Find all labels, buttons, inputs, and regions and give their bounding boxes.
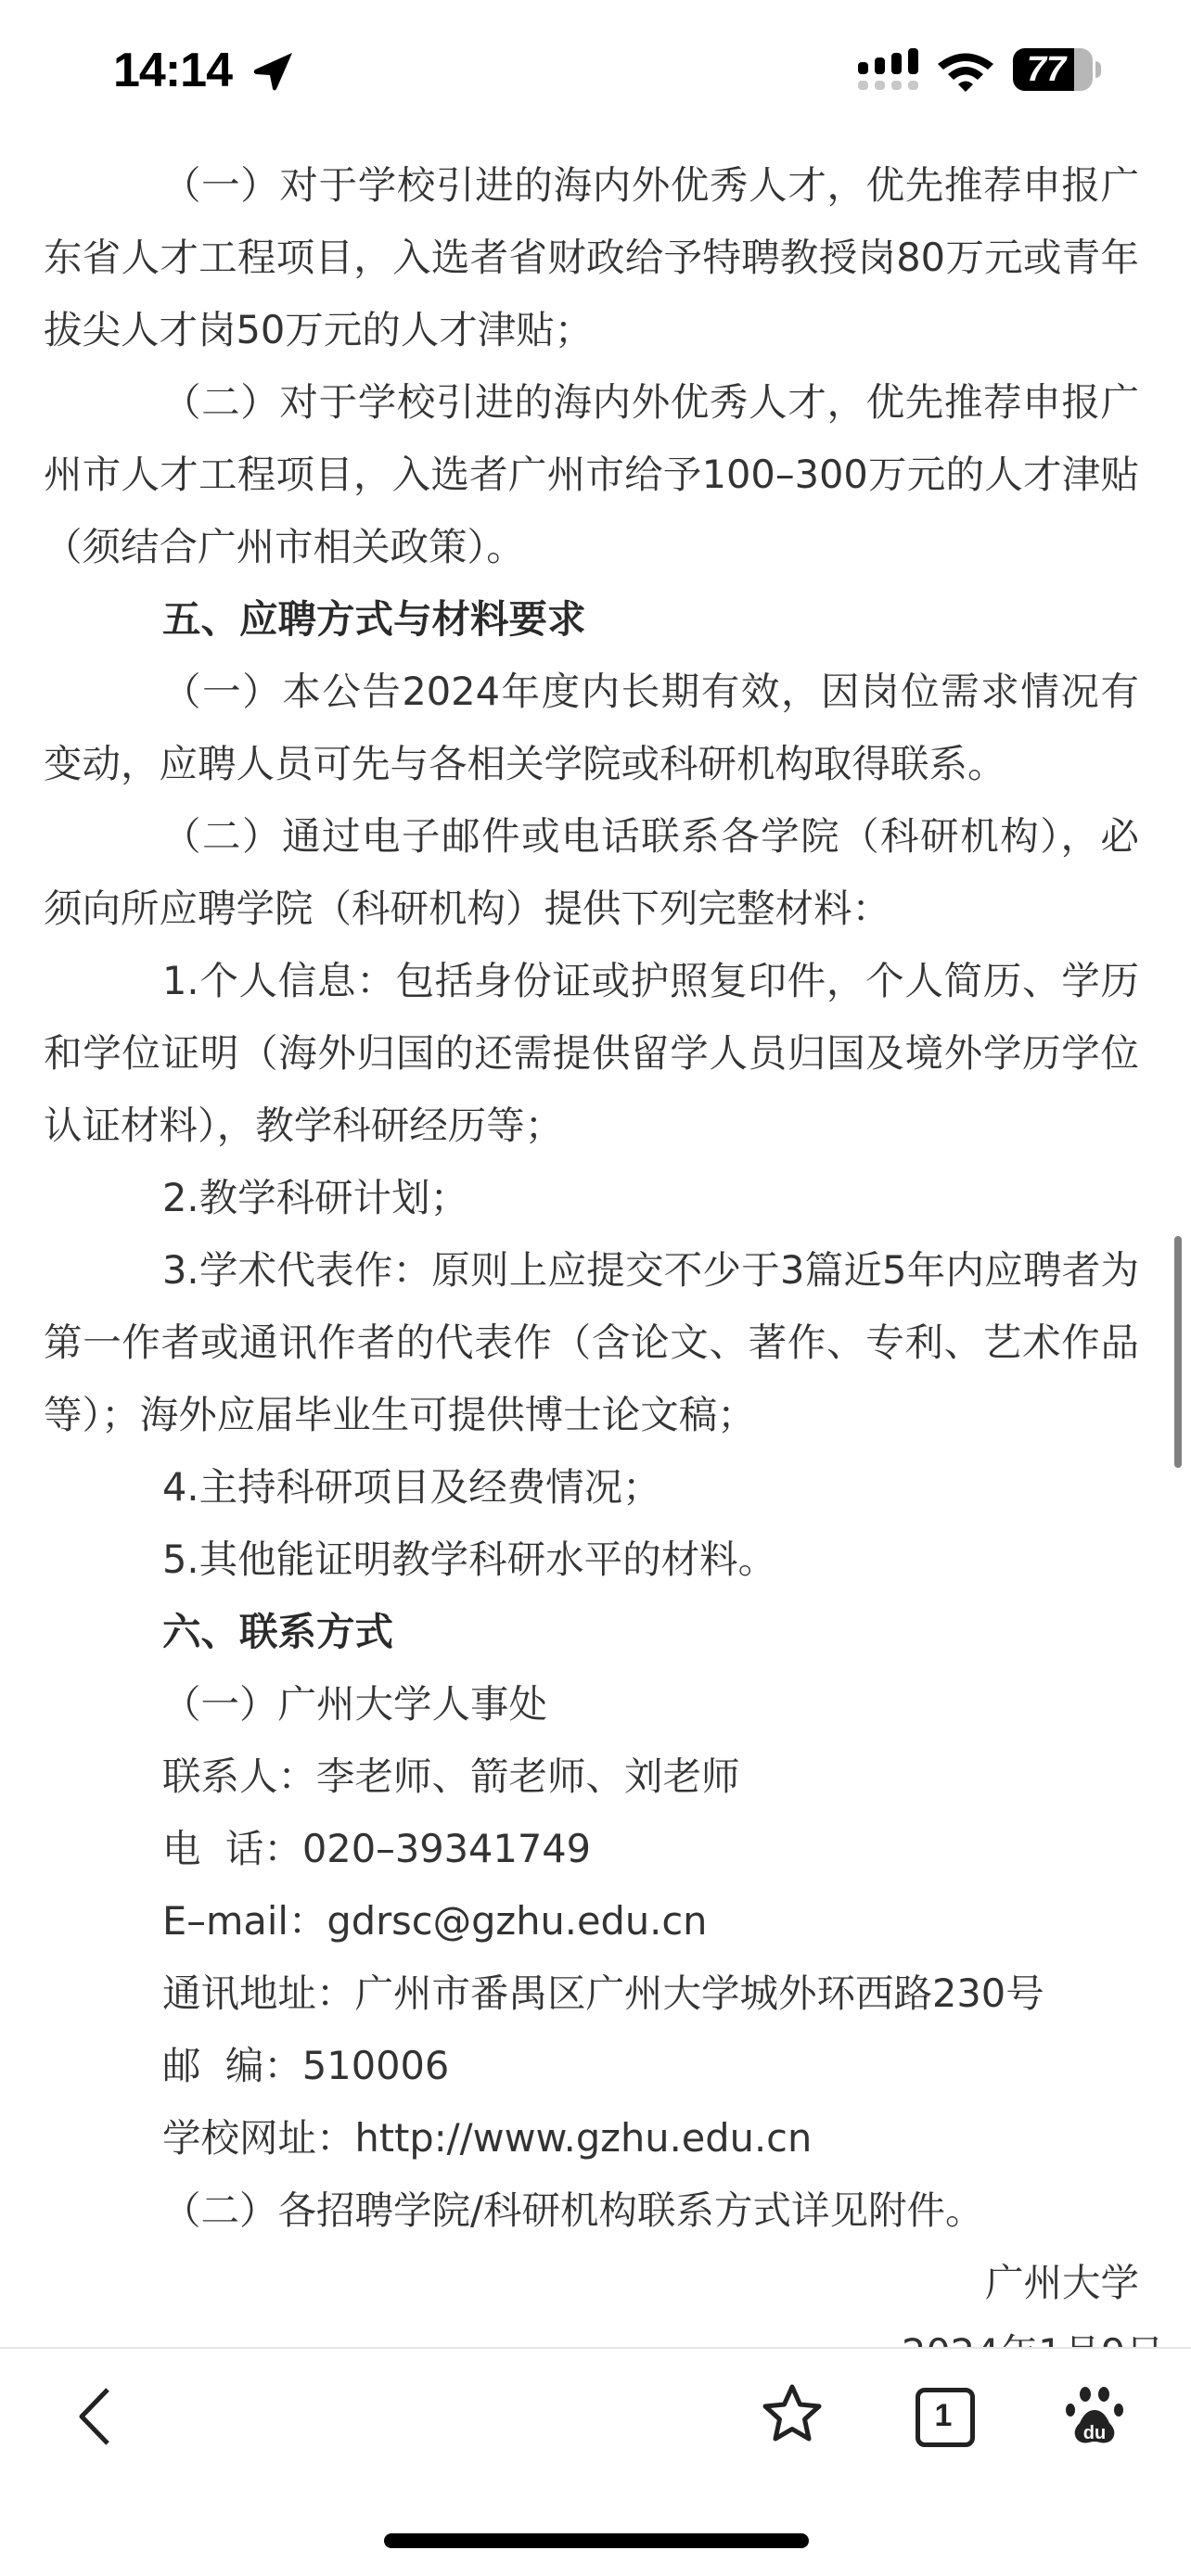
star-icon [759, 2382, 826, 2445]
contact-org: （一）广州大学人事处 [162, 1668, 1139, 1741]
back-button[interactable] [70, 2384, 119, 2449]
list-item-line: 3.学术代表作：原则上应提交不少于3篇近5年内应聘者为 [162, 1234, 1139, 1307]
list-item-line: 1.个人信息：包括身份证或护照复印件，个人简历、学历 [162, 945, 1139, 1017]
contact-persons: 联系人：李老师、箭老师、刘老师 [162, 1741, 1139, 1813]
paragraph-line: 变动，应聘人员可先与各相关学院或科研机构取得联系。 [44, 728, 1139, 800]
paragraph-line: （二）对于学校引进的海内外优秀人才，优先推荐申报广 [162, 366, 1139, 439]
contact-postcode: 邮 编：510006 [162, 2030, 1139, 2102]
section-heading: 五、应聘方式与材料要求 [162, 583, 1139, 656]
paragraph-line: 须向所应聘学院（科研机构）提供下列完整材料： [44, 873, 1139, 945]
list-item-line: 和学位证明（海外归国的还需提供留学人员归国及境外学历学位 [44, 1017, 1139, 1090]
paragraph-line: （二）通过电子邮件或电话联系各学院（科研机构），必 [162, 800, 1139, 873]
paragraph-line: （一）对于学校引进的海内外优秀人才，优先推荐申报广 [162, 149, 1139, 222]
signature-date: 2024年1月9日 [902, 2317, 1143, 2347]
contact-email[interactable]: E–mail：gdrsc@gzhu.edu.cn [162, 1885, 1139, 1958]
home-indicator[interactable] [384, 2533, 809, 2548]
tab-count: 1 [914, 2386, 973, 2445]
cellular-signal-icon [855, 46, 922, 93]
tabs-button[interactable]: 1 [914, 2386, 973, 2445]
list-item-line: 5.其他能证明教学科研水平的材料。 [162, 1524, 1139, 1596]
paragraph-line: （二）各招聘学院/科研机构联系方式详见附件。 [162, 2174, 1139, 2247]
list-item-line: 2.教学科研计划； [162, 1162, 1139, 1234]
list-item-line: 等）；海外应届毕业生可提供博士论文稿； [44, 1379, 1139, 1451]
paragraph-line: 东省人才工程项目，入选者省财政给予特聘教授岗80万元或青年 [44, 222, 1139, 294]
location-arrow-icon [251, 51, 294, 92]
battery-nub [1095, 61, 1101, 78]
paragraph-line: （一）本公告2024年度内长期有效，因岗位需求情况有 [162, 656, 1139, 728]
vertical-scrollbar[interactable] [1174, 1236, 1182, 1468]
status-time: 14:14 [113, 41, 232, 100]
section-heading: 六、联系方式 [162, 1596, 1139, 1668]
baidu-paw-icon: du [1065, 2386, 1124, 2445]
paragraph-line: 拔尖人才岗50万元的人才津贴； [44, 294, 1139, 366]
paragraph-line: （须结合广州市相关政策）。 [44, 511, 1139, 583]
list-item-line: 第一作者或通讯作者的代表作（含论文、著作、专利、艺术作品 [44, 1307, 1139, 1379]
list-item-line: 4.主持科研项目及经费情况； [162, 1451, 1139, 1524]
chevron-left-icon [70, 2384, 119, 2449]
status-bar: 14:14 77 [0, 0, 1191, 139]
document-content: （一）对于学校引进的海内外优秀人才，优先推荐申报广 东省人才工程项目，入选者省财… [0, 0, 1191, 2347]
paragraph-line: 州市人才工程项目，入选者广州市给予100–300万元的人才津贴 [44, 439, 1139, 511]
signature-org: 广州大学 [44, 2247, 1139, 2319]
baidu-home-button[interactable]: du [1065, 2386, 1124, 2445]
battery-percent: 77 [1013, 48, 1080, 91]
contact-phone[interactable]: 电 话：020–39341749 [162, 1813, 1139, 1885]
svg-text:du: du [1083, 2423, 1106, 2443]
wifi-icon [935, 50, 996, 93]
battery-icon: 77 [1013, 48, 1093, 91]
contact-address: 通讯地址：广州市番禺区广州大学城外环西路230号 [162, 1958, 1139, 2030]
contact-website[interactable]: 学校网址：http://www.gzhu.edu.cn [162, 2102, 1139, 2174]
list-item-line: 认证材料），教学科研经历等； [44, 1090, 1139, 1162]
favorite-button[interactable] [759, 2382, 826, 2445]
